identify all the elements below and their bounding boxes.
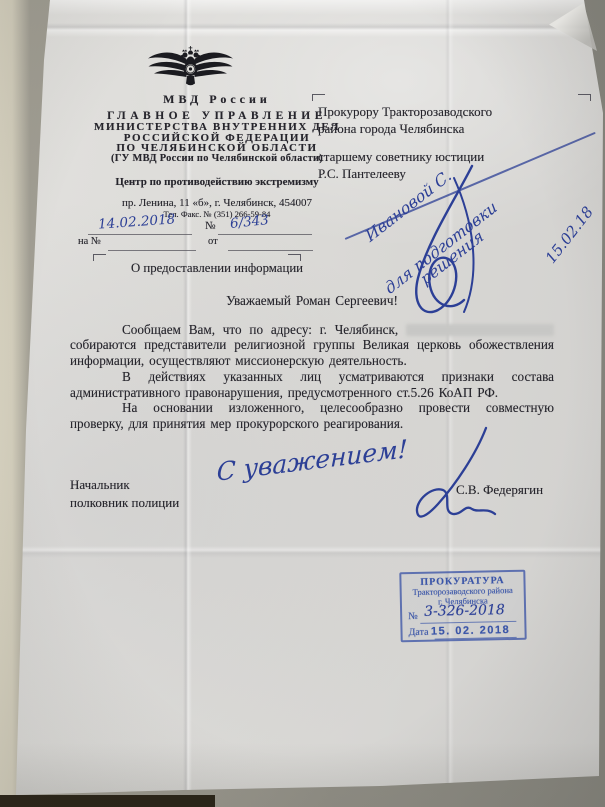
prosecutor-stamp: ПРОКУРАТУРА Тракторозаводского района г.…	[399, 570, 526, 643]
reply-from-label: от	[208, 236, 218, 247]
redacted-address	[406, 324, 554, 336]
mvd-eagle-emblem-icon	[143, 45, 238, 90]
body-paragraph-1: Сообщаем Вам, что по адресу: г. Челябинс…	[70, 322, 554, 369]
salutation: Уважаемый Роман Сергеевич!	[70, 293, 554, 309]
addressee-line-2: района города Челябинска	[318, 120, 588, 137]
reply-number-underline	[108, 250, 196, 251]
stamp-date-label: Дата	[408, 627, 428, 638]
signer-title-line-2: полковник полиции	[70, 494, 179, 512]
addressee-corner-mark-left	[312, 94, 325, 101]
subject-corner-mark-left	[93, 254, 106, 261]
document-paper: МВД России ГЛАВНОЕ УПРАВЛЕНИЕ МИНИСТЕРСТ…	[0, 0, 605, 807]
table-dark-object	[0, 795, 215, 807]
stamp-number-handwritten: 3-326-2018	[424, 602, 505, 620]
addressee-corner-mark-right	[578, 94, 591, 101]
org-address: пр. Ленина, 11 «б», г. Челябинск, 454007	[52, 197, 382, 209]
stamp-number-label: №	[408, 611, 418, 622]
signer-title-line-1: Начальник	[70, 476, 179, 494]
number-underline	[218, 234, 312, 235]
signer-name: С.В. Федерягин	[456, 482, 543, 498]
letter-body: Уважаемый Роман Сергеевич! Сообщаем Вам,…	[70, 293, 554, 432]
reply-number-label: на №	[78, 236, 101, 247]
subject-corner-mark-right	[288, 254, 301, 261]
signer-signature	[398, 424, 503, 536]
date-underline	[88, 234, 192, 235]
body-paragraph-2: В действиях указанных лиц усматриваются …	[70, 369, 554, 400]
addressee-line-1: Прокурору Тракторозаводского	[318, 103, 588, 120]
org-name-short: МВД России	[92, 92, 342, 107]
reply-from-underline	[228, 250, 313, 251]
stamp-date-value: 15. 02. 2018	[431, 624, 510, 638]
resolution-date: 15.02.18	[542, 203, 597, 267]
outgoing-number-handwritten: 6/343	[229, 212, 269, 232]
closing-handwritten: С уважением!	[216, 434, 407, 487]
outgoing-number-label: №	[205, 220, 216, 232]
photo-frame: МВД России ГЛАВНОЕ УПРАВЛЕНИЕ МИНИСТЕРСТ…	[0, 0, 605, 807]
subject-line: О предоставлении информации	[52, 261, 382, 276]
